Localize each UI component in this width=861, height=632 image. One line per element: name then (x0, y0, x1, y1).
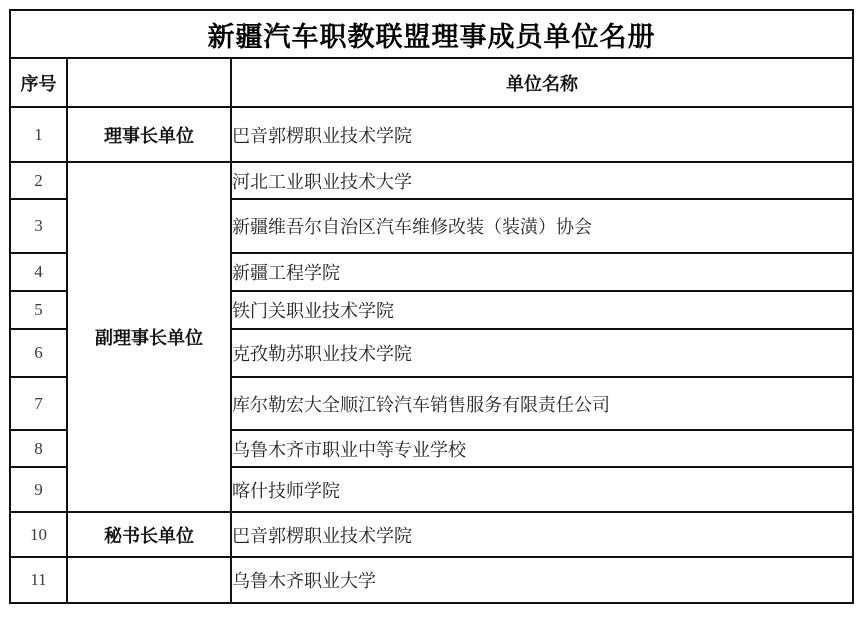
unit-name-cell: 新疆维吾尔自治区汽车维修改装（装潢）协会 (231, 199, 853, 253)
unit-name-cell: 河北工业职业技术大学 (231, 162, 853, 199)
table-row: 2 副理事长单位 河北工业职业技术大学 (10, 162, 853, 199)
row-number-cell: 3 (10, 199, 67, 253)
role-cell-merged: 副理事长单位 (67, 162, 231, 512)
table-row: 10 秘书长单位 巴音郭楞职业技术学院 (10, 512, 853, 557)
roster-table: 新疆汽车职教联盟理事成员单位名册 序号 单位名称 1 理事长单位 巴音郭楞职业技… (9, 9, 854, 604)
unit-name-cell: 喀什技师学院 (231, 467, 853, 512)
role-cell (67, 557, 231, 603)
row-number-cell: 11 (10, 557, 67, 603)
unit-name-cell: 巴音郭楞职业技术学院 (231, 107, 853, 162)
row-number-cell: 4 (10, 253, 67, 291)
row-number-cell: 5 (10, 291, 67, 329)
table-row: 11 乌鲁木齐职业大学 (10, 557, 853, 603)
role-cell: 秘书长单位 (67, 512, 231, 557)
unit-name-cell: 新疆工程学院 (231, 253, 853, 291)
row-number-cell: 10 (10, 512, 67, 557)
row-number-cell: 8 (10, 430, 67, 467)
header-index: 序号 (10, 58, 67, 107)
role-cell: 理事长单位 (67, 107, 231, 162)
roster-sheet: 新疆汽车职教联盟理事成员单位名册 序号 单位名称 1 理事长单位 巴音郭楞职业技… (9, 9, 854, 604)
unit-name-cell: 铁门关职业技术学院 (231, 291, 853, 329)
row-number-cell: 9 (10, 467, 67, 512)
page-title: 新疆汽车职教联盟理事成员单位名册 (10, 10, 853, 58)
unit-name-cell: 巴音郭楞职业技术学院 (231, 512, 853, 557)
unit-name-cell: 克孜勒苏职业技术学院 (231, 329, 853, 377)
header-row: 序号 单位名称 (10, 58, 853, 107)
unit-name-cell: 库尔勒宏大全顺江铃汽车销售服务有限责任公司 (231, 377, 853, 430)
unit-name-cell: 乌鲁木齐职业大学 (231, 557, 853, 603)
header-unit-name: 单位名称 (231, 58, 853, 107)
row-number-cell: 1 (10, 107, 67, 162)
row-number-cell: 6 (10, 329, 67, 377)
header-role (67, 58, 231, 107)
title-row: 新疆汽车职教联盟理事成员单位名册 (10, 10, 853, 58)
table-row: 1 理事长单位 巴音郭楞职业技术学院 (10, 107, 853, 162)
page-background: { "table": { "title": "新疆汽车职教联盟理事成员单位名册"… (0, 0, 861, 632)
row-number-cell: 7 (10, 377, 67, 430)
unit-name-cell: 乌鲁木齐市职业中等专业学校 (231, 430, 853, 467)
row-number-cell: 2 (10, 162, 67, 199)
